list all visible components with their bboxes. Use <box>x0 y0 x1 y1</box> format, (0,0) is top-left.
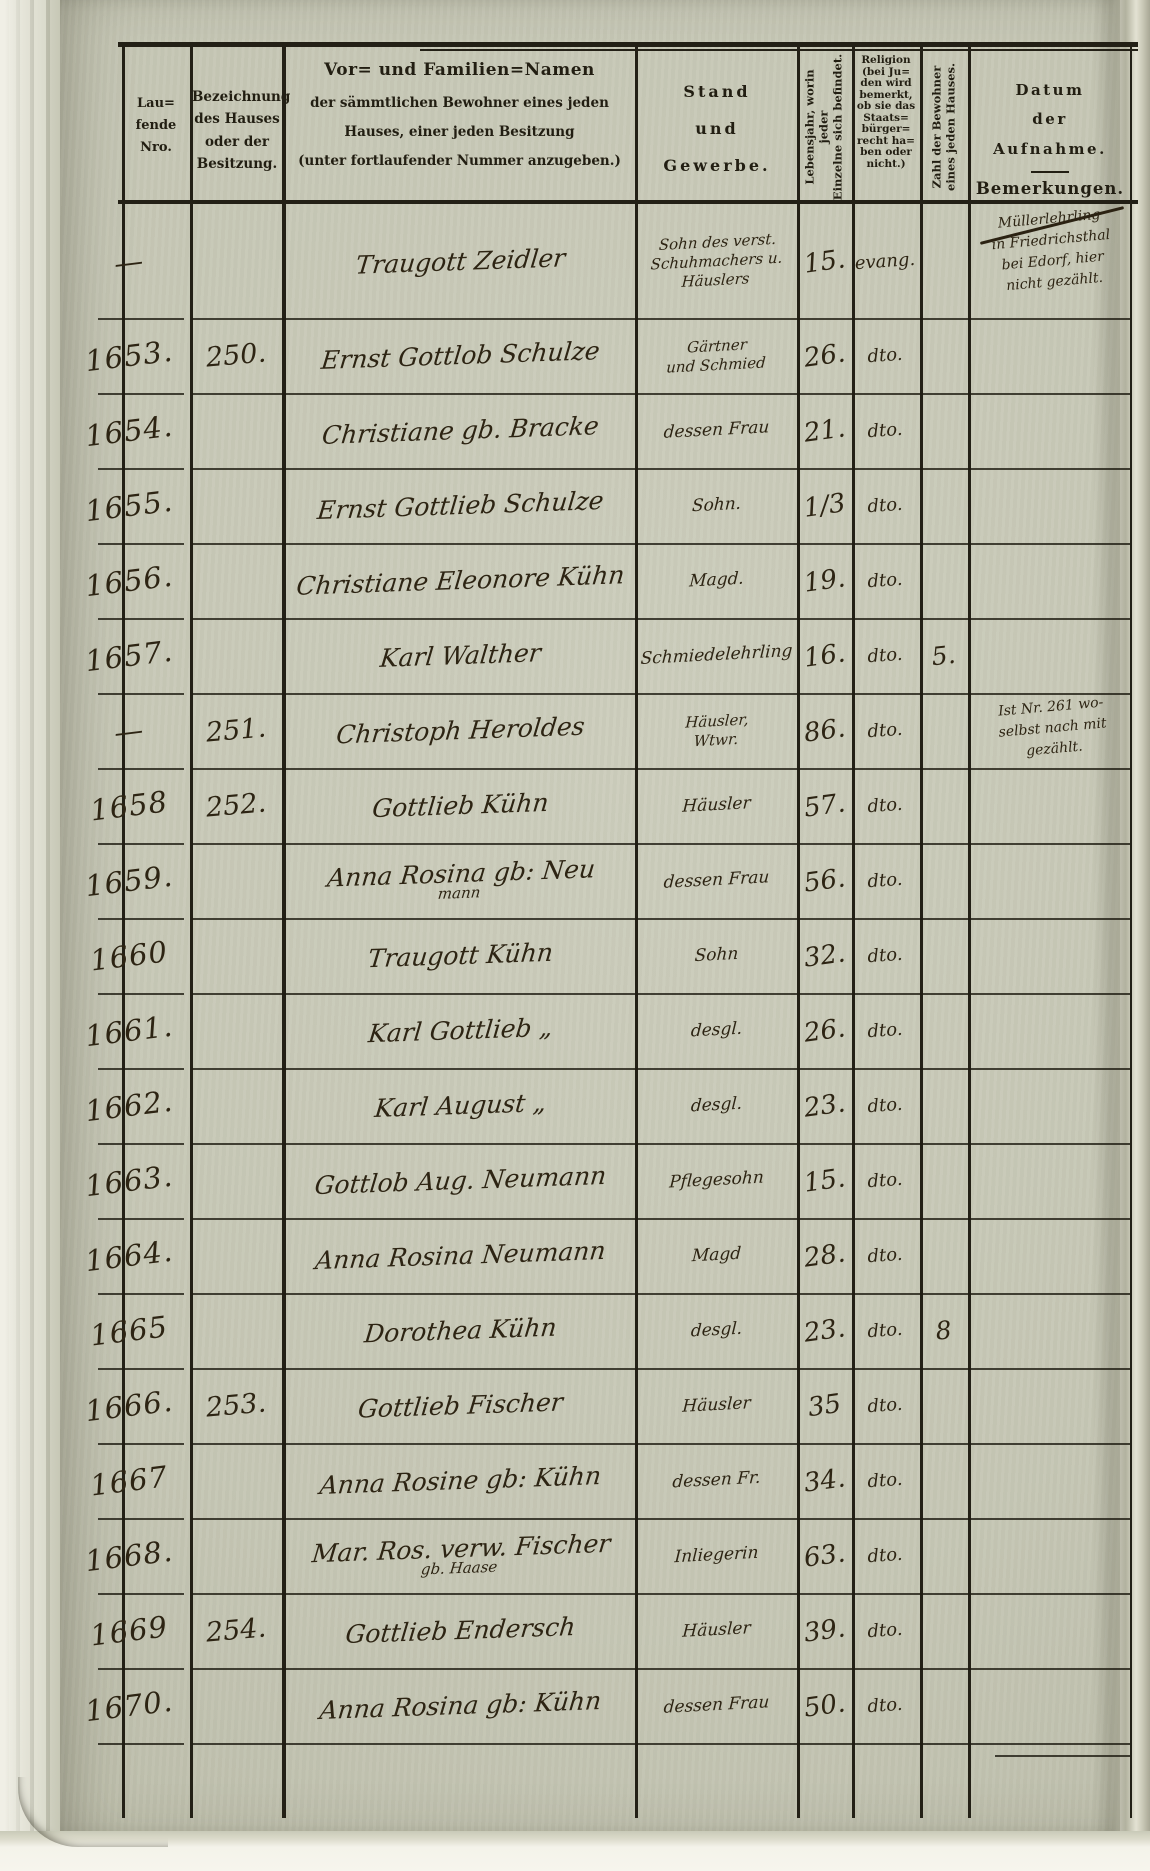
entry-age: 15. <box>792 1140 857 1222</box>
entry-name: Christiane gb. Bracke <box>284 387 637 474</box>
entry-stand-gewerbe: Sohn <box>636 914 797 998</box>
entry-stand-gewerbe: Pflegesohn <box>636 1139 797 1223</box>
entry-age: 26. <box>792 315 857 397</box>
entry-stand-gewerbe: Schmiedelehrling <box>636 614 797 698</box>
table-row: Mar. Ros. verw. Fischergb. Haase1668.Inl… <box>0 1518 1150 1593</box>
entry-name: Gottlieb Kühn <box>284 762 637 849</box>
entry-religion: dto. <box>850 916 919 995</box>
entry-religion: dto. <box>850 1066 919 1145</box>
table-row: Christiane gb. Bracke1654.dessen Frau21.… <box>0 393 1150 468</box>
entry-age: 19. <box>792 540 857 622</box>
table-row: Christiane Eleonore Kühn1656.Magd.19.dto… <box>0 543 1150 618</box>
entry-nro: 1670. <box>66 1661 192 1750</box>
entry-bewohner-zahl: 8 <box>917 1291 970 1370</box>
entry-stand-gewerbe: Häusler <box>636 1364 797 1448</box>
entry-house-number: 253. <box>189 1364 283 1446</box>
entry-stand-gewerbe: dessen Frau <box>636 389 797 473</box>
entry-stand-gewerbe: desgl. <box>636 1289 797 1373</box>
entry-name: Christoph Heroldes <box>284 687 637 774</box>
entry-age: 26. <box>792 990 857 1072</box>
table-row: Karl August „1662.desgl.23.dto. <box>0 1068 1150 1143</box>
entry-age: 16. <box>792 615 857 697</box>
entry-religion: dto. <box>850 1216 919 1295</box>
table-row: Karl Walther1657.Schmiedelehrling16.dto.… <box>0 618 1150 693</box>
entry-religion: dto. <box>850 316 919 395</box>
entry-religion: dto. <box>850 766 919 845</box>
entry-stand-gewerbe: Sohn. <box>636 464 797 548</box>
entry-stand-gewerbe: desgl. <box>636 1064 797 1148</box>
entry-name: Anna Rosina gb: Neumann <box>284 837 637 924</box>
table-row: Anna Rosine gb: Kühn1667dessen Fr.34.dto… <box>0 1443 1150 1518</box>
entry-age: 57. <box>792 765 857 847</box>
table-row: Ernst Gottlieb Schulze1655.Sohn.1/3dto. <box>0 468 1150 543</box>
entry-religion: dto. <box>850 1291 919 1370</box>
table-row: Traugott Kühn1660Sohn32.dto. <box>0 918 1150 993</box>
entry-name: Karl Walther <box>284 612 637 699</box>
table-row: Anna Rosina gb: Neumann1659.dessen Frau5… <box>0 843 1150 918</box>
entry-name: Christiane Eleonore Kühn <box>284 537 637 624</box>
entry-stand-gewerbe: Häusler <box>636 764 797 848</box>
entry-name: Mar. Ros. verw. Fischergb. Haase <box>284 1512 637 1599</box>
entry-religion: dto. <box>850 466 919 545</box>
entry-age: 39. <box>792 1590 857 1672</box>
table-row: Anna Rosina Neumann1664.Magd28.dto. <box>0 1218 1150 1293</box>
entry-stand-gewerbe: Magd <box>636 1214 797 1298</box>
column-header-laufende-nro: Lau= fende Nro. <box>122 93 190 159</box>
entry-name: Ernst Gottlieb Schulze <box>284 462 637 549</box>
entry-age: 63. <box>792 1515 857 1597</box>
column-header-namen: Vor= und Familien=Namen der sämmtlichen … <box>285 60 634 182</box>
entry-religion: dto. <box>850 991 919 1070</box>
entry-religion: dto. <box>850 1366 919 1445</box>
entry-stand-gewerbe: Magd. <box>636 539 797 623</box>
table-row: Gottlieb Endersch1669254.Häusler39.dto. <box>0 1593 1150 1668</box>
namen-sub1: der sämmtlichen Bewohner eines jeden <box>285 95 634 111</box>
table-row: Traugott Zeidler—Sohn des verst. Schuhma… <box>0 205 1150 318</box>
entry-religion: dto. <box>850 1141 919 1220</box>
entry-name: Traugott Kühn <box>284 912 637 999</box>
entry-house-number: 254. <box>189 1589 283 1671</box>
entry-stand-gewerbe: Inliegerin <box>636 1514 797 1598</box>
column-header-bezeichnung-haus: Bezeichnung des Hauses oder der Besitzun… <box>192 86 282 175</box>
entry-name: Dorothea Kühn <box>284 1287 637 1374</box>
bemerkungen-label: Bemerkungen. <box>970 179 1130 198</box>
table-row: Karl Gottlieb „1661.desgl.26.dto. <box>0 993 1150 1068</box>
namen-sub3: (unter fortlaufender Nummer anzugeben.) <box>285 153 634 169</box>
entry-stand-gewerbe: dessen Frau <box>636 1664 797 1748</box>
entry-age: 32. <box>792 915 857 997</box>
entry-religion: dto. <box>850 1516 919 1595</box>
entry-religion: dto. <box>850 616 919 695</box>
table-row: Anna Rosina gb: Kühn1670.dessen Frau50.d… <box>0 1668 1150 1743</box>
entry-age: 50. <box>792 1665 857 1747</box>
entry-name: Gottlob Aug. Neumann <box>284 1137 637 1224</box>
table-row: Dorothea Kühn1665desgl.23.dto.8 <box>0 1293 1150 1368</box>
column-header-datum-bemerkungen: Datum der Aufnahme. Bemerkungen. <box>970 76 1130 198</box>
entry-religion: dto. <box>850 391 919 470</box>
entry-stand-gewerbe: Gärtner und Schmied <box>636 314 797 398</box>
entry-age: 28. <box>792 1215 857 1297</box>
entry-name: Karl Gottlieb „ <box>284 987 637 1074</box>
entry-house-number: 251. <box>189 689 283 771</box>
entry-stand-gewerbe: Häusler, Wtwr. <box>636 689 797 773</box>
entry-religion: evang. <box>849 203 921 320</box>
entry-house-number: 252. <box>189 764 283 846</box>
entry-religion: dto. <box>850 541 919 620</box>
entry-stand-gewerbe: desgl. <box>636 989 797 1073</box>
entry-religion: dto. <box>850 841 919 920</box>
entry-bewohner-zahl: 5. <box>917 616 970 695</box>
column-header-lebensjahr-rotated: Lebensjahr, worin jeder Einzelne sich be… <box>804 52 846 203</box>
table-horizontal-rule <box>995 1755 1130 1757</box>
entry-stand-gewerbe: Sohn des verst. Schuhmachers u. Häuslers <box>635 201 798 323</box>
entry-nro: — <box>64 198 195 325</box>
table-horizontal-rule <box>420 49 1138 51</box>
entry-age: 56. <box>792 840 857 922</box>
entry-age: 86. <box>792 690 857 772</box>
scanned-register-page: Lau= fende Nro. Bezeichnung des Hauses o… <box>0 0 1150 1871</box>
table-horizontal-rule <box>118 42 1138 47</box>
namen-title: Vor= und Familien=Namen <box>285 60 634 80</box>
entry-stand-gewerbe: dessen Frau <box>636 839 797 923</box>
entry-name: Ernst Gottlob Schulze <box>284 312 637 399</box>
entry-religion: dto. <box>850 1441 919 1520</box>
table-row: Gottlieb Fischer1666.253.Häusler35dto. <box>0 1368 1150 1443</box>
entry-name: Gottlieb Fischer <box>284 1362 637 1449</box>
entry-name: Karl August „ <box>284 1062 637 1149</box>
entry-religion: dto. <box>850 1591 919 1670</box>
entry-age: 21. <box>792 390 857 472</box>
entry-religion: dto. <box>850 1666 919 1745</box>
entry-name: Anna Rosina Neumann <box>284 1212 637 1299</box>
entry-age: 1/3 <box>792 465 857 547</box>
entry-age: 34. <box>792 1440 857 1522</box>
entry-age: 23. <box>792 1290 857 1372</box>
table-row: Ernst Gottlob Schulze1653.250.Gärtner un… <box>0 318 1150 393</box>
entry-name: Anna Rosine gb: Kühn <box>284 1437 637 1524</box>
column-header-religion: Religion (bei Ju= den wird bemerkt, ob s… <box>853 55 919 170</box>
table-row: Christoph Heroldes—251.Häusler, Wtwr.86.… <box>0 693 1150 768</box>
table-row: Gottlob Aug. Neumann1663.Pflegesohn15.dt… <box>0 1143 1150 1218</box>
entry-name: Gottlieb Endersch <box>284 1587 637 1674</box>
entry-remark: Müllerlehrling in Friedrichsthal bei Edo… <box>967 198 1139 329</box>
header-divider-rule <box>1031 171 1069 173</box>
datum-aufnahme-label: Datum der Aufnahme. <box>970 76 1130 164</box>
entry-house-number: 250. <box>189 314 283 396</box>
entry-name: Anna Rosina gb: Kühn <box>284 1662 637 1749</box>
namen-sub2: Hauses, einer jeden Besitzung <box>285 124 634 140</box>
entry-age: 35 <box>792 1365 857 1447</box>
entry-name: Traugott Zeidler <box>282 199 639 325</box>
entry-remark: Ist Nr. 261 wo- selbst nach mit gezählt. <box>969 686 1137 779</box>
page-bottom-edge <box>0 1831 1150 1871</box>
column-header-stand-gewerbe: Stand und Gewerbe. <box>638 74 796 184</box>
entry-stand-gewerbe: Häusler <box>636 1589 797 1673</box>
table-row: Gottlieb Kühn1658252.Häusler57.dto. <box>0 768 1150 843</box>
entry-age: 23. <box>792 1065 857 1147</box>
entry-stand-gewerbe: dessen Fr. <box>636 1439 797 1523</box>
column-header-zahl-bewohner-rotated: Zahl der Bewohner eines jeden Hauses. <box>928 52 962 203</box>
entry-religion: dto. <box>850 691 919 770</box>
